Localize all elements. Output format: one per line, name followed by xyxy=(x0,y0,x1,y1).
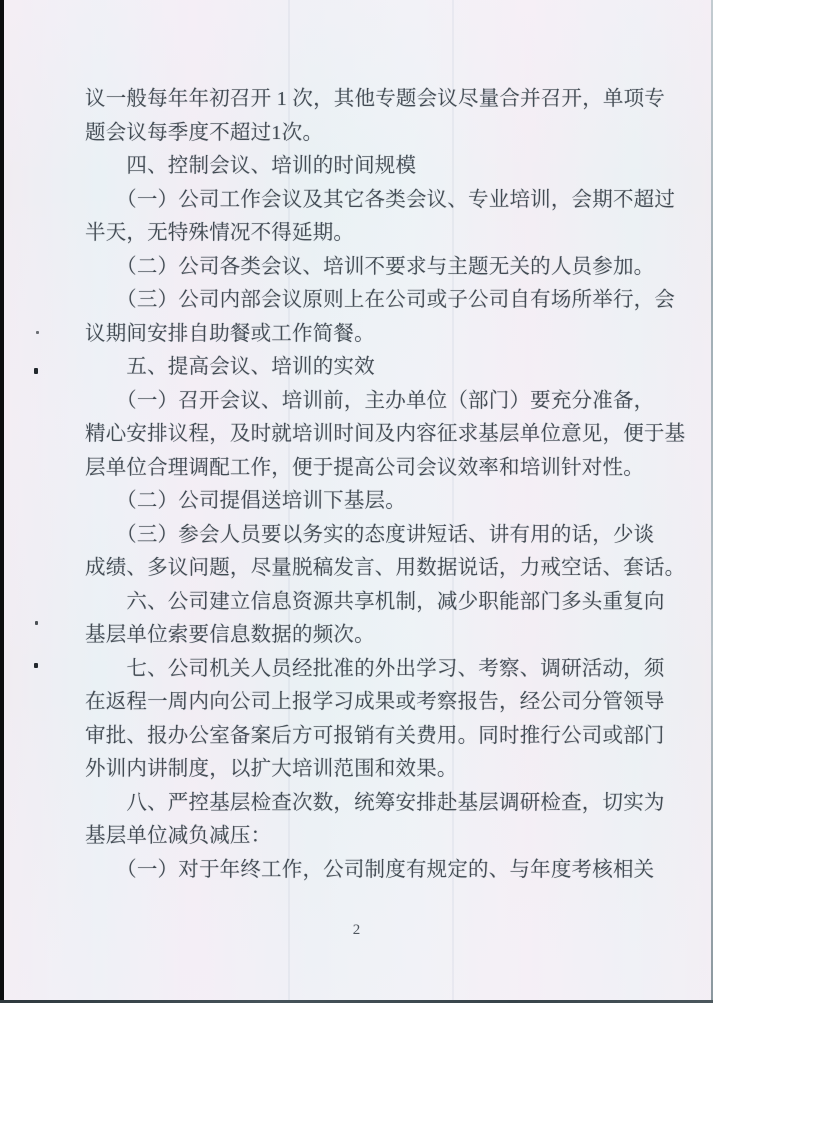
text-line: 审批、报办公室备案后方可报销有关费用。同时推行公司或部门 xyxy=(85,720,641,754)
text-line: 五、提高会议、培训的实效 xyxy=(85,351,641,385)
text-line: （一）召开会议、培训前，主办单位（部门）要充分准备， xyxy=(85,385,641,419)
text-line: （二）公司各类会议、培训不要求与主题无关的人员参加。 xyxy=(85,251,641,285)
text-line: 层单位合理调配工作，便于提高公司会议效率和培训针对性。 xyxy=(85,452,641,486)
text-line: 议期间安排自助餐或工作简餐。 xyxy=(85,318,641,352)
text-line: 精心安排议程，及时就培训时间及内容征求基层单位意见，便于基 xyxy=(85,418,641,452)
scanner-binding-edge xyxy=(0,0,4,1003)
text-line: 八、严控基层检查次数，统筹安排赴基层调研检查，切实为 xyxy=(85,787,641,821)
text-line: 七、公司机关人员经批准的外出学习、考察、调研活动，须 xyxy=(85,653,641,687)
text-line: 题会议每季度不超过1次。 xyxy=(85,117,641,151)
text-line: （三）公司内部会议原则上在公司或子公司自有场所举行，会 xyxy=(85,284,641,318)
page-right-edge xyxy=(711,0,713,1003)
page-bottom-edge xyxy=(0,1000,713,1003)
text-line: （一）公司工作会议及其它各类会议、专业培训，会期不超过 xyxy=(85,184,641,218)
document-body: 议一般每年年初召开 1 次，其他专题会议尽量合并召开，单项专 题会议每季度不超过… xyxy=(85,83,641,887)
ink-speck xyxy=(34,368,38,374)
ink-speck xyxy=(36,331,39,334)
text-line: 外训内讲制度，以扩大培训范围和效果。 xyxy=(85,753,641,787)
text-line: 议一般每年年初召开 1 次，其他专题会议尽量合并召开，单项专 xyxy=(85,83,641,117)
text-line: 六、公司建立信息资源共享机制，减少职能部门多头重复向 xyxy=(85,586,641,620)
ink-speck xyxy=(35,621,38,625)
text-line: （二）公司提倡送培训下基层。 xyxy=(85,485,641,519)
text-line: 四、控制会议、培训的时间规模 xyxy=(85,150,641,184)
text-line: 在返程一周内向公司上报学习成果或考察报告，经公司分管领导 xyxy=(85,686,641,720)
ink-speck xyxy=(34,663,38,668)
text-line: 基层单位减负减压： xyxy=(85,820,641,854)
scanned-page: 议一般每年年初召开 1 次，其他专题会议尽量合并召开，单项专 题会议每季度不超过… xyxy=(0,0,713,1003)
page-number: 2 xyxy=(0,922,713,939)
text-line: （三）参会人员要以务实的态度讲短话、讲有用的话，少谈 xyxy=(85,519,641,553)
text-line: 成绩、多议问题，尽量脱稿发言、用数据说话，力戒空话、套话。 xyxy=(85,552,641,586)
text-line: （一）对于年终工作，公司制度有规定的、与年度考核相关 xyxy=(85,854,641,888)
text-line: 基层单位索要信息数据的频次。 xyxy=(85,619,641,653)
text-line: 半天，无特殊情况不得延期。 xyxy=(85,217,641,251)
